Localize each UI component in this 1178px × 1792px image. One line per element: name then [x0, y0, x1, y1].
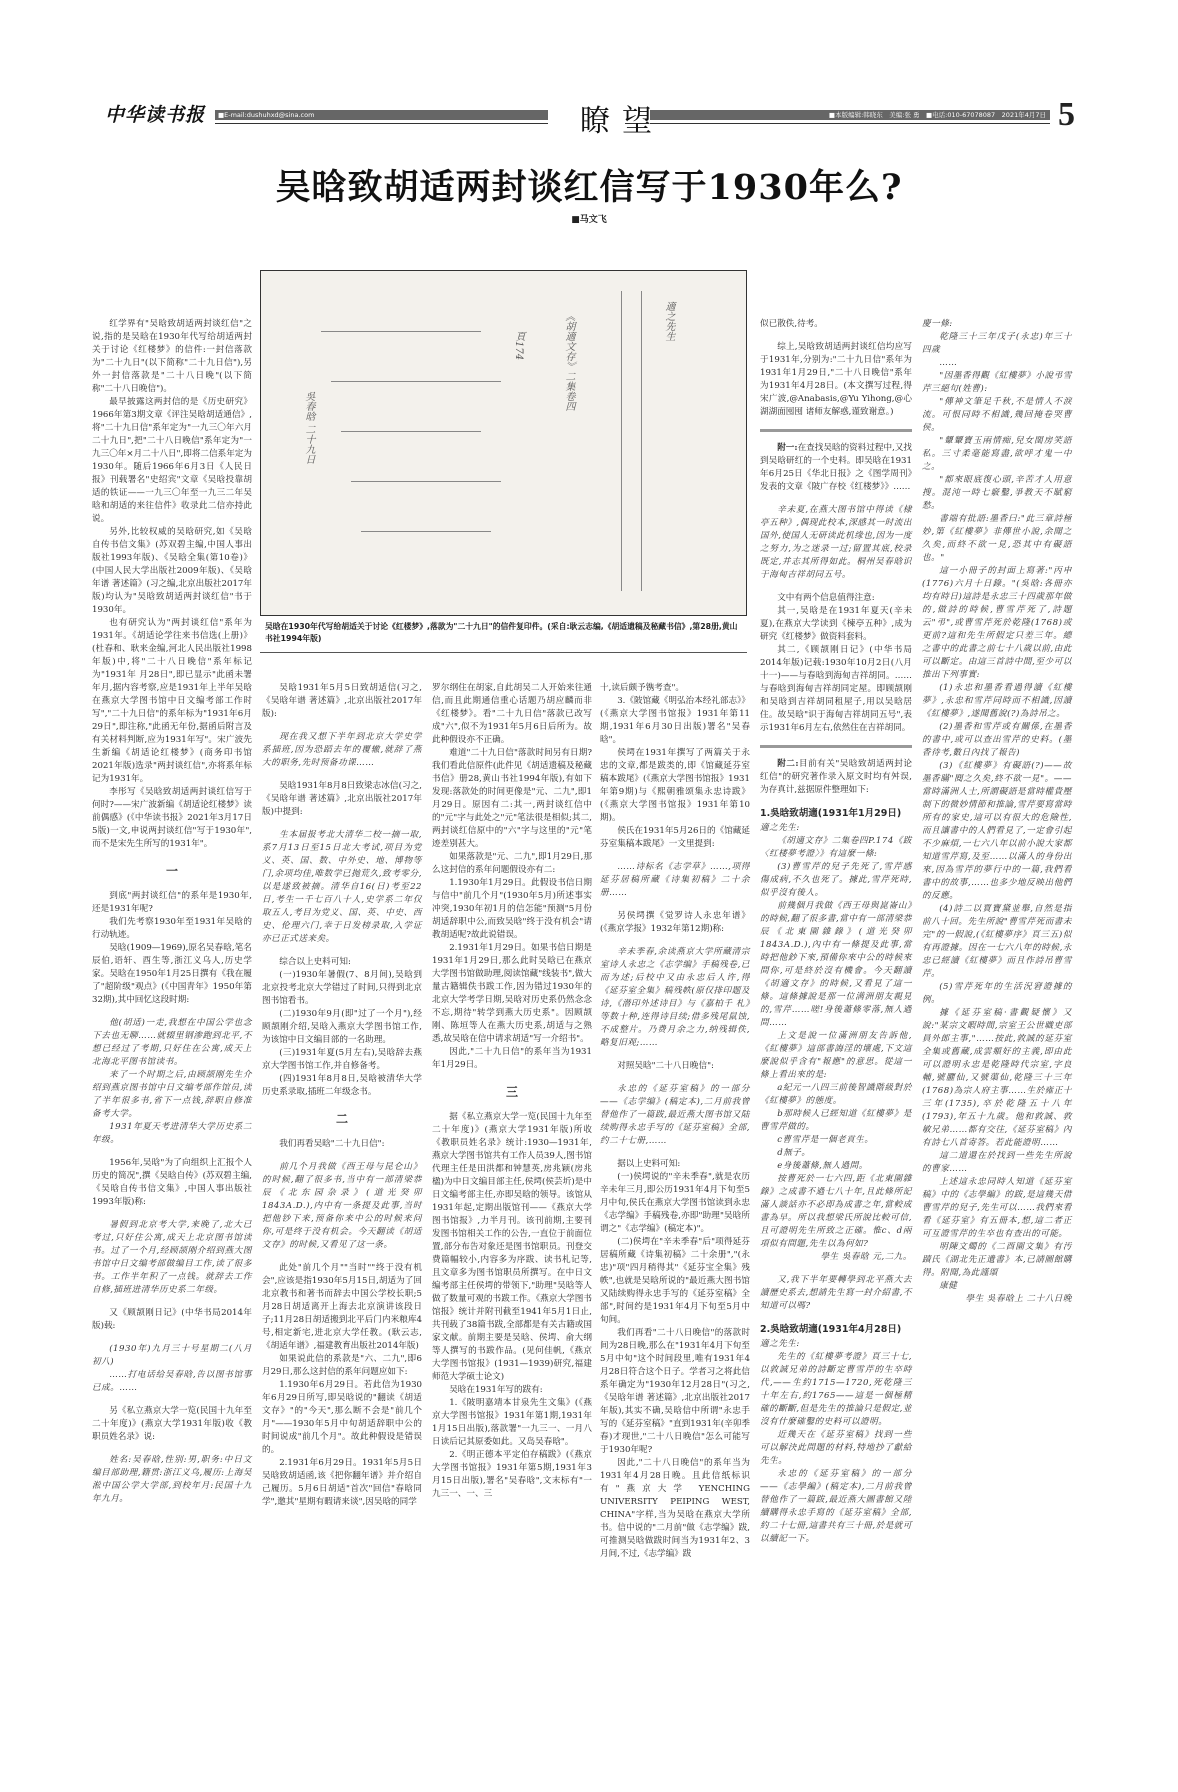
paragraph: 李彤写《吴晗致胡适两封谈红信写于何时?——宋广波新编《胡适论红楼梦》读前偶感》(… [92, 786, 252, 851]
paragraph: 吴晗(1909—1969),原名吴春晗,笔名辰伯,语轩、酉生等,浙江义乌人,历史… [92, 942, 252, 1007]
letter-paragraph: 據《延芬室稿·書觀疑懷》又說:"某宗文暇時間,宗室王公世職吏部員外郎主事,"……… [922, 1007, 1072, 1150]
newspaper-logo: 中华读书报 [105, 100, 205, 127]
letter-postscript: 又,我下半年要轉學到北平燕大去讀歷史系去,想請先生寫一封介紹書,不知道可以嗎? [760, 1274, 912, 1313]
paragraph: 1.1930年1月29日。此假设书信日期与信中"前几个月"(1930年5月)所述… [432, 877, 592, 942]
letter-paragraph: 乾隆三十三年戊子(永忠)年三十四歲 [922, 331, 1072, 357]
handwriting-line: 頁174 [511, 331, 526, 360]
masthead: 中华读书报 ■E-mail:dushuhxd@sina.com 瞭望 ■本版编辑… [105, 96, 1085, 136]
letter-paragraph: (1)永忠和墨香看過得讀《紅樓夢》,永忠和雪芹同時而不相識,因讀《紅樓夢》,遂聞… [922, 682, 1072, 721]
letter-paragraph: 書端有批語:墨香曰:"此三章詩極妙,第《紅樓夢》非傳世小說,余聞之久矣,而終不欲… [922, 513, 1072, 565]
appendix-1: 附一:在查找吴晗的资料过程中,又找到吴晗研红的一个史料。即吴晗在1931年6月2… [760, 442, 912, 494]
letter-signature: 學生 吳春晗 元,二九。 [760, 1251, 912, 1264]
quote-paragraph: 来了一个时期之后,由顾颉刚先生介绍到燕京图书馆中日文编考部作馆员,读了半年很多书… [92, 1069, 252, 1121]
letter-paragraph: 這一小冊子的封面上寫著:"丙申(1776)六月十日錄。"(吳晗:各冊亦均有時日)… [922, 565, 1072, 682]
header-rule-left [215, 123, 548, 124]
column-1: 红学界有"吴晗致胡适两封谈红信"之说,指的是吴晗在1930年代写给胡适两封关于讨… [92, 318, 252, 1506]
appendix-1-label: 附一: [777, 443, 797, 453]
quote-paragraph: 1931年夏天考进清华大学历史系二年级。 [92, 1121, 252, 1147]
letter-paragraph: (3)《紅樓夢》有礙語(?)——故墨香瞞"閱之久矣,終不欲一見"。——當時滿洲人… [922, 760, 1072, 903]
quote-paragraph: ……诗标名《志学草》……,项得延芬居稿所藏《诗集初稿》二十余册…… [600, 861, 750, 900]
letter-paragraph: (3)曹雪芹的兒子先死了,雪芹感傷成病,不久也死了。據此,雪芹死時,似乎沒有後人… [760, 861, 912, 900]
paragraph: 1956年,吴晗"为了向组织上汇报个人历史的简况",撰《吴晗自传》(苏双碧主编,… [92, 1157, 252, 1209]
column-6: 慶一條: 乾隆三十三年戊子(永忠)年三十四歲 …… "因墨香得觀《紅樓夢》小說弔… [922, 318, 1072, 1306]
paragraph: 又《顾颉刚日记》(中华书局2014年版)载: [92, 1307, 252, 1333]
paragraph: (一)侯堮说的"辛未季春",就是农历辛未年三月,即公历1931年4月下旬至5月中… [600, 1171, 750, 1236]
paragraph: 我们再看"二十八日晚信"的落款时间为28日晚,那么在"1931年4月下旬至5月中… [600, 1327, 750, 1457]
section-heading-2: 二 [262, 1113, 422, 1126]
paragraph: 综合以上史料可知: [262, 956, 422, 969]
paragraph: 2.《明正德本平定伯存稿跋》(《燕京大学图书馆报》1931年第5期,1931年3… [432, 1449, 592, 1501]
paragraph: 此处"前几个月""当时""终于没有机会",应该是指1930年5月15日,胡适为了… [262, 1262, 422, 1353]
paragraph: 似已散佚,待考。 [760, 318, 912, 331]
letter-paragraph: (4)詩二以賈寶黛並舉,自然是指前八十回。先生所說"曹雪芹死而書未完"的一假說,… [922, 903, 1072, 981]
letter-paragraph: 明陳文燭的《二酉園文集》有汚蹟氏《湖北先正遺書》本,已請圖館購得。附聞,為此謹頌 [922, 1241, 1072, 1280]
paragraph: 红学界有"吴晗致胡适两封谈红信"之说,指的是吴晗在1930年代写给胡适两封关于讨… [92, 318, 252, 396]
quote-paragraph: 暑假到北京考大学,来晚了,北大已考过,只好住公寓,成天上北京图书馆读书。过了一个… [92, 1219, 252, 1297]
article-byline: ■马文飞 [0, 212, 1178, 225]
paragraph: 如果落款是"元、二九",即1月29日,那么这封信的系年问题假设亦有二: [432, 851, 592, 877]
letter-signature: 學生 吳春晗上 二十八日晚 [922, 1293, 1072, 1306]
letter-paragraph: c曹雪芹是一個老貢生。 [760, 1134, 912, 1147]
paragraph: 罗尔纲住在胡家,自此胡吴二人开始来往通信,而且此期通信重心话题乃胡应麟而非《红楼… [432, 682, 592, 747]
letter-1-heading: 1.吳晗致胡適(1931年1月29日) [760, 807, 912, 820]
paragraph: 十,读后颇予镌考查"。 [600, 682, 750, 695]
paragraph: 也有研究认为"两封谈红信"系年为1931年。《胡适论学往来书信选(上册)》(杜春… [92, 617, 252, 786]
letter-paragraph: e身後蕭條,無人過問。 [760, 1160, 912, 1173]
paragraph: 因此,"二十八日晚信"的系年当为1931年4月28日晚。且此信纸标识有"燕京大学… [600, 1457, 750, 1561]
paragraph: 吴晗1931年5月5日致胡适信(习之,《吴晗年谱 著述篇》,北京出版社2017年… [262, 682, 422, 721]
paragraph: 对照吴晗"二十八日晚信": [600, 1060, 750, 1073]
quote-paragraph: 姓名:吴春晗,性别:男,职务:中日文编目部助理,籍贯:浙江义乌,履历:上海吴淞中… [92, 1454, 252, 1506]
quote-paragraph: 永忠的《延芬室稿》的一部分——《志学编》(稿定本),二月前我曾替他作了一篇跋,最… [600, 1083, 750, 1148]
paragraph: 据《私立燕京大学一览(民国十九年至二十年度)》(燕京大学1931年版)所收《教职… [432, 1111, 592, 1384]
paragraph: (三)1931年夏(5月左右),吴晗辞去燕京大学图书馆工作,并自修备考。 [262, 1047, 422, 1073]
quote-paragraph: 辛未季春,余读燕京大学所藏清宗室诗人永忠之《志学编》手稿残卷,已而为述;后校中又… [600, 946, 750, 1050]
section-heading-3: 三 [432, 1086, 592, 1099]
paragraph: 吴晗1931年8月8日致梁志冰信(习之,《吴晗年谱 著述篇》,北京出版社2017… [262, 780, 422, 819]
paragraph: 2.1931年1月29日。如果书信日期是1931年1月29日,那么此时吴晗已在燕… [432, 942, 592, 1046]
letter-paragraph: b那時候人已經知道《紅樓夢》是曹雪芹做的。 [760, 1108, 912, 1134]
header-rule-right [650, 123, 1050, 124]
handwriting-salutation: 適之先生 [661, 301, 676, 341]
letter-paragraph: 近幾天在《延芬室稿》找到一些可以解決此問題的材料,特地抄了獻給先生。 [760, 1429, 912, 1468]
email-bar: ■E-mail:dushuhxd@sina.com [215, 110, 548, 120]
letter-paragraph: 這二道還在於找到一些先生所說的曹家…… [922, 1150, 1072, 1176]
letter-paragraph: (5)雪芹死年的生活況窘證據的例。 [922, 981, 1072, 1007]
quote-paragraph: 前几个月我做《西王母与昆仑山》的时候,翻了很多书,当中有一部清梁恭辰《北东园杂录… [262, 1161, 422, 1252]
letter-paragraph: 前幾個月我做《西王母與崑崙山》的時候,翻了很多書,當中有一部清梁恭辰《北東園雜錄… [760, 900, 912, 1030]
quote-paragraph: (1930年)九月三十号星期二(八月初八) [92, 1343, 252, 1369]
paragraph: 综上,吴晗致胡适两封谈红信均应写于1931年,分别为:"二十九日信"系年为193… [760, 341, 912, 419]
letter-paragraph: d無子。 [760, 1147, 912, 1160]
column-5: 似已散佚,待考。 综上,吴晗致胡适两封谈红信均应写于1931年,分别为:"二十九… [760, 318, 912, 1546]
letter-salutation: 適之先生: [760, 1338, 912, 1351]
letter-paragraph: a紀元一八四三前後智識階級對於《紅樓夢》的態度。 [760, 1082, 912, 1108]
handwriting-signature: 吳春晗 二十九日 [301, 391, 316, 464]
column-2: 吴晗1931年5月5日致胡适信(习之,《吴晗年谱 著述篇》,北京出版社2017年… [262, 682, 422, 1509]
paragraph: 文中有两个信息值得注意: [760, 592, 912, 605]
paragraph: 侯堮在1931年撰写了两篇关于永忠的文章,都是跋类的,即《馆藏延芬室稿本跋尾》(… [600, 747, 750, 825]
paragraph: 3.《陂馆藏《明弘治本经礼部志》》(《燕京大学图书馆报》1931年第11期,19… [600, 695, 750, 747]
paragraph: 1.1930年6月29日。若此信为1930年6月29日所写,即吴晗说的"翻读《胡… [262, 1379, 422, 1457]
letter-paragraph: …… [922, 357, 1072, 370]
letter-paragraph: "傳神文筆足千秋,不是情人不淚流。可恨同時不相識,幾回掩卷哭曹侯。 [922, 396, 1072, 435]
letter-paragraph: "顰顰寶玉兩情痴,兒女閨房笑語私。三寸柔毫能寫盡,欲呼才鬼一中之。 [922, 435, 1072, 474]
page-number: 5 [1058, 96, 1075, 134]
letter-paragraph: "因墨香得觀《紅樓夢》小說弔雪芹三絕句(姓曹): [922, 370, 1072, 396]
editor-info-bar: ■本版编辑:韩晓东 美编:张 勇 ■电话:010-67078087 2021年4… [650, 110, 1050, 120]
letter-paragraph: 按曹死於一七六四,距《北東園雜錄》之成書不過七八十年,且此條所記滿人談話亦不必即… [760, 1173, 912, 1251]
paragraph: 吴晗在1931年写的跋有: [432, 1384, 592, 1397]
paragraph: (二)1930年9月(即"过了一个月"),经顾颉刚介绍,吴晗入燕京大学图书馆工作… [262, 1008, 422, 1047]
caption-rule [260, 652, 747, 653]
letter-paragraph: 上文是說一位滿洲朋友告訴他,《紅樓夢》這部書誨淫的壞處,下文這麼說似乎含有"報應… [760, 1030, 912, 1082]
paragraph: 如果说此信的系款是"六、二九",即6月29日,那么这封信的系年问题应如下: [262, 1353, 422, 1379]
paragraph: 侯氏在1931年5月26日的《馆藏延芬室集稿本跋尾》一文里提到: [600, 825, 750, 851]
paragraph: (一)1930年暑假(7、8月间),吴晗到北京投考北京大学错过了时间,只得到北京… [262, 969, 422, 1008]
letter-paragraph: 《胡適文存》二集卷四P.174《跋〈红楼夢考證〉》有這麼一條: [760, 835, 912, 861]
letter-closing: 康健 [922, 1280, 1072, 1293]
appendix-2-label: 附二: [777, 759, 798, 769]
article-headline: 吴晗致胡适两封谈红信写于1930年么? [0, 160, 1178, 210]
letterhead-rule [641, 291, 642, 591]
paragraph: 其二,《顾颉刚日记》(中华书局2014年版)记载:1930年10月2日(八月十一… [760, 644, 912, 735]
column-4: 十,读后颇予镌考查"。 3.《陂馆藏《明弘治本经礼部志》》(《燕京大学图书馆报》… [600, 682, 750, 1561]
section-heading-1: 一 [92, 865, 252, 878]
appendix-2: 附二:目前有关"吴晗致胡适两封论红信"的研究著作录入原文时均有舛误,为存真计,兹… [760, 758, 912, 797]
paragraph: 我们再看吴晗"二十九日信": [262, 1138, 422, 1151]
quote-paragraph: 他(胡适)一走,我想在中国公学也念下去也无聊……就辍里钢渗跑到北平,不想已经过了… [92, 1017, 252, 1069]
letter-paragraph: 先生的《紅樓夢考證》頁三十七,以敦誠兄弟的詩斷定曹雪芹的生卒時代,——生約171… [760, 1351, 912, 1429]
divider [760, 745, 912, 748]
paragraph: 难道"二十九日信"落款时间另有日期?我们看此信原件(此件见《胡适遗稿及秘藏书信》… [432, 747, 592, 851]
divider [760, 429, 912, 432]
quote-paragraph: 辛未夏,在燕大图书馆中得读《棣亭五种》,偶现此校本,深感其一时流出国外,使国人无… [760, 504, 912, 582]
letter-2-heading: 2.吳晗致胡適(1931年4月28日) [760, 1323, 912, 1336]
paragraph: 其一,吴晗是在1931年夏天(辛未夏),在燕京大学读到《楝亭五种》,成为研究《红… [760, 605, 912, 644]
photo-caption: 吴晗在1930年代写给胡适关于讨论《红楼梦》,落款为"二十九日"的信件复印件。(… [265, 621, 745, 645]
paragraph: 另侯堮撰《觉罗诗人永忠年谱》(《燕京学报》1932年第12期)称: [600, 910, 750, 936]
letter-paragraph: 上述這永忠同時人知道《延芬室稿》中的《志學編》的跋,是這幾天借曹雪芹的兒子,先生… [922, 1176, 1072, 1241]
letterhead-rule [621, 291, 622, 591]
paragraph: 据以上史料可知: [600, 1158, 750, 1171]
quote-paragraph: 生本届报考北大清华二校一摘一取,系7月13日至15日北大考试,项目为党义、英、国… [262, 829, 422, 946]
paragraph: 我们先考察1930年至1931年吴晗的行动轨迹。 [92, 916, 252, 942]
paragraph: 另《私立燕京大学一览(民国十九年至二十年度)》(燕京大学1931年版)收《教职员… [92, 1405, 252, 1444]
paragraph: 到底"两封谈红信"的系年是1930年,还是1931年呢? [92, 890, 252, 916]
letter-paragraph: (2)墨香和雪芹或有關係,在墨香的書中,或可以查出雪芹的史料。(墨香待考,數日內… [922, 721, 1072, 760]
handwriting-line: 《胡適文存》二集卷四 [561, 311, 576, 411]
paragraph: (四)1931年8月8日,吴晗被清华大学历史系录取,插班二年级念书。 [262, 1073, 422, 1099]
letter-salutation: 適之先生: [760, 822, 912, 835]
paragraph: 2.1931年6月29日。1931年5月5日吴晗致胡适函,该《把你翻年谱》并介绍… [262, 1457, 422, 1509]
paragraph: 最早披露这两封信的是《历史研究》1966年第3期文章《评注吴晗胡适通信》,将"二… [92, 396, 252, 526]
paragraph: 1.《陂明嘉靖本甘泉先生文集》(《燕京大学图书馆报》1931年第1期,1931年… [432, 1397, 592, 1449]
letter-facsimile-image: 適之先生 《胡適文存》二集卷四 頁174 吳春晗 二十九日 [260, 270, 747, 616]
letter-paragraph: "都來眼底復心頭,辛苦才人用意搜。混沌一時七竅鑿,爭教天不賦窮愁。 [922, 474, 1072, 513]
paragraph: (二)侯堮在"辛未季春"后"项得延芬居稿所藏《诗集初稿》二十余册","(永忠)"… [600, 1236, 750, 1327]
paragraph: 另外,比较权威的吴晗研究,如《吴晗自传书信文集》(苏双碧主编,中国人事出版社19… [92, 526, 252, 617]
quote-paragraph: ……打电话给吴春晗,告以图书馆事已成。…… [92, 1369, 252, 1395]
column-3: 罗尔纲住在胡家,自此胡吴二人开始来往通信,而且此期通信重心话题乃胡应麟而非《红楼… [432, 682, 592, 1501]
paragraph: 因此,"二十九日信"的系年当为1931年1月29日。 [432, 1046, 592, 1072]
quote-paragraph: 现在我又想下半年到北京大学史学系插班,因为恐蹈去年的覆辙,就辞了燕大的职务,先时… [262, 731, 422, 770]
letter-paragraph: 慶一條: [922, 318, 1072, 331]
letter-paragraph: 永忠的《延芬室稿》的一部分——《志學編》(稿定本),二月前我曾替他作了一篇跋,最… [760, 1468, 912, 1546]
